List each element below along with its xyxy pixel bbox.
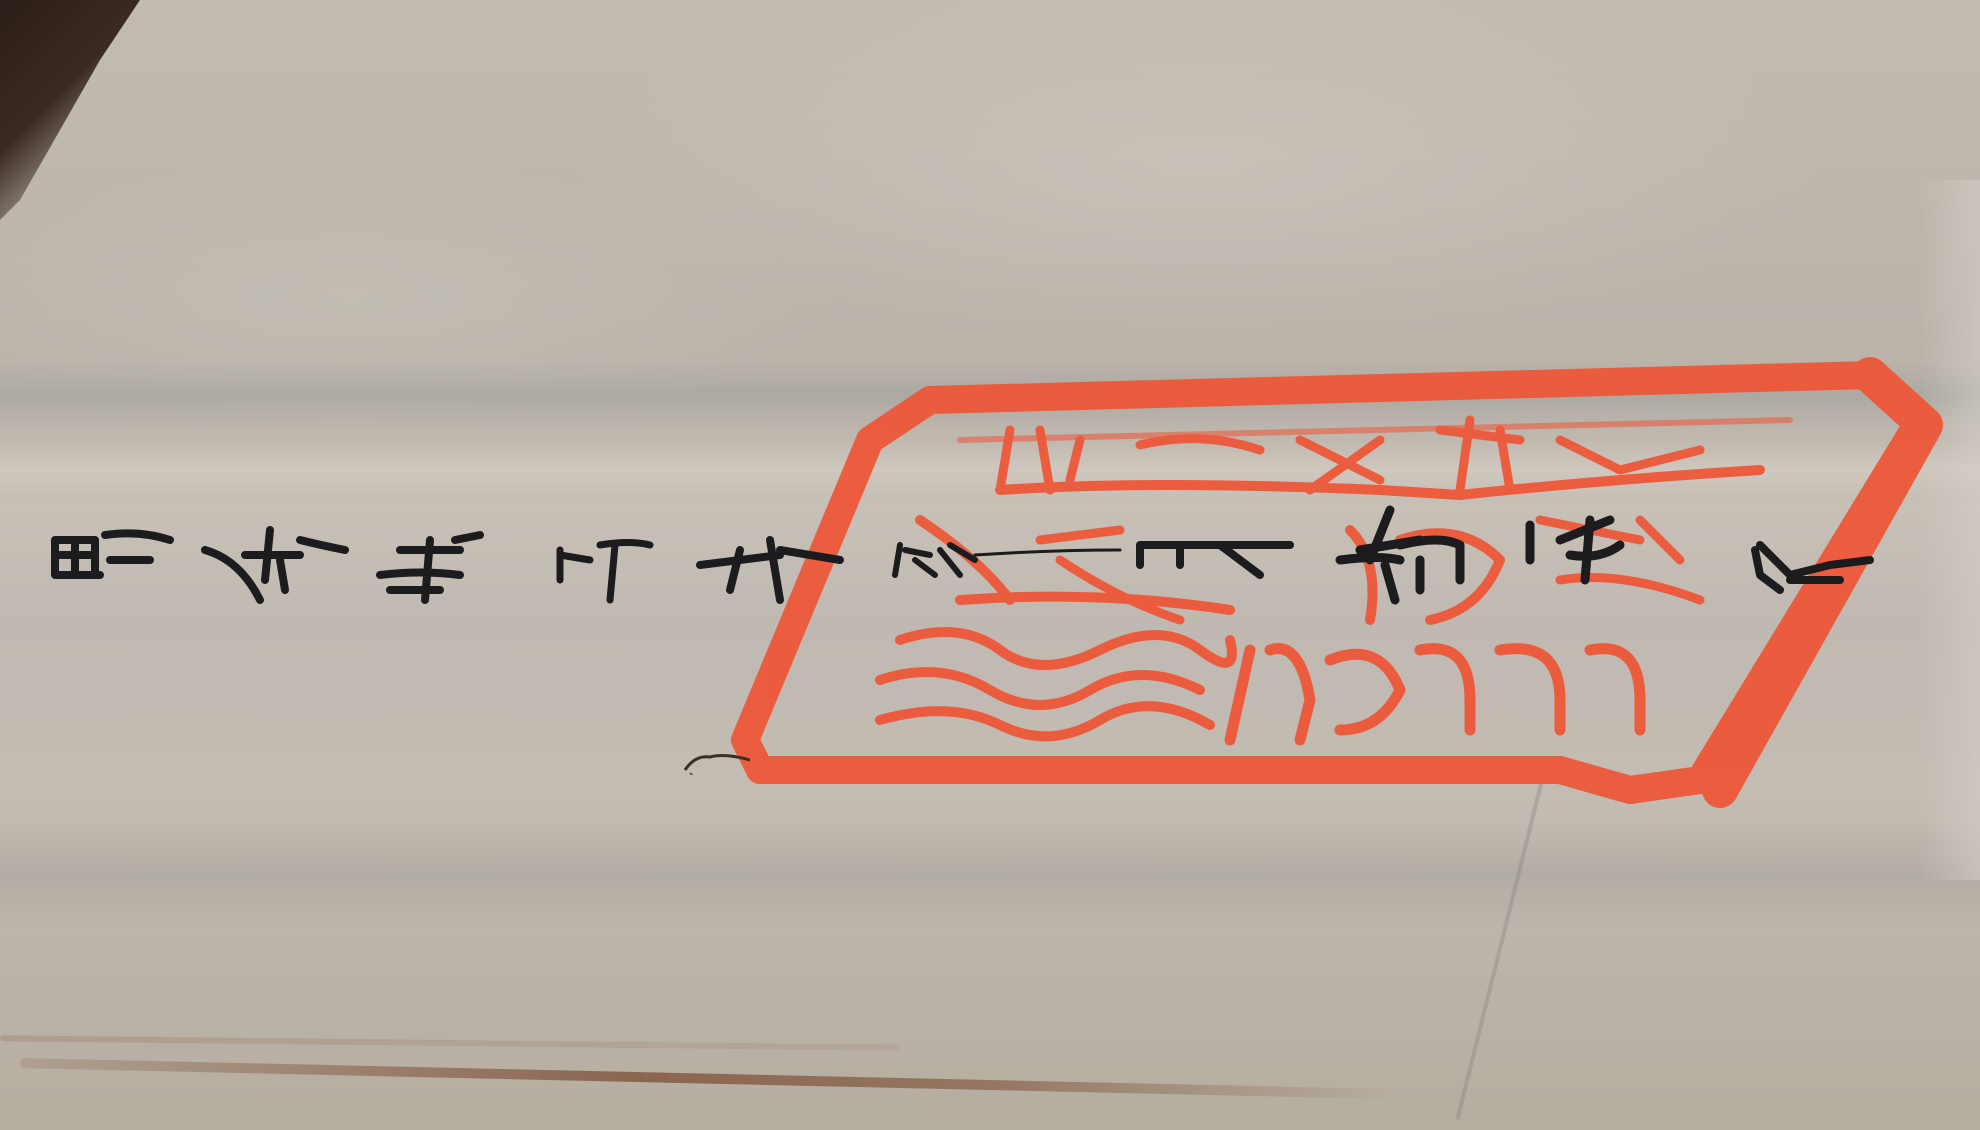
- red-seal-stamp: [0, 0, 1980, 1130]
- document-photo: [0, 0, 1980, 1130]
- paper-tear: [680, 745, 750, 775]
